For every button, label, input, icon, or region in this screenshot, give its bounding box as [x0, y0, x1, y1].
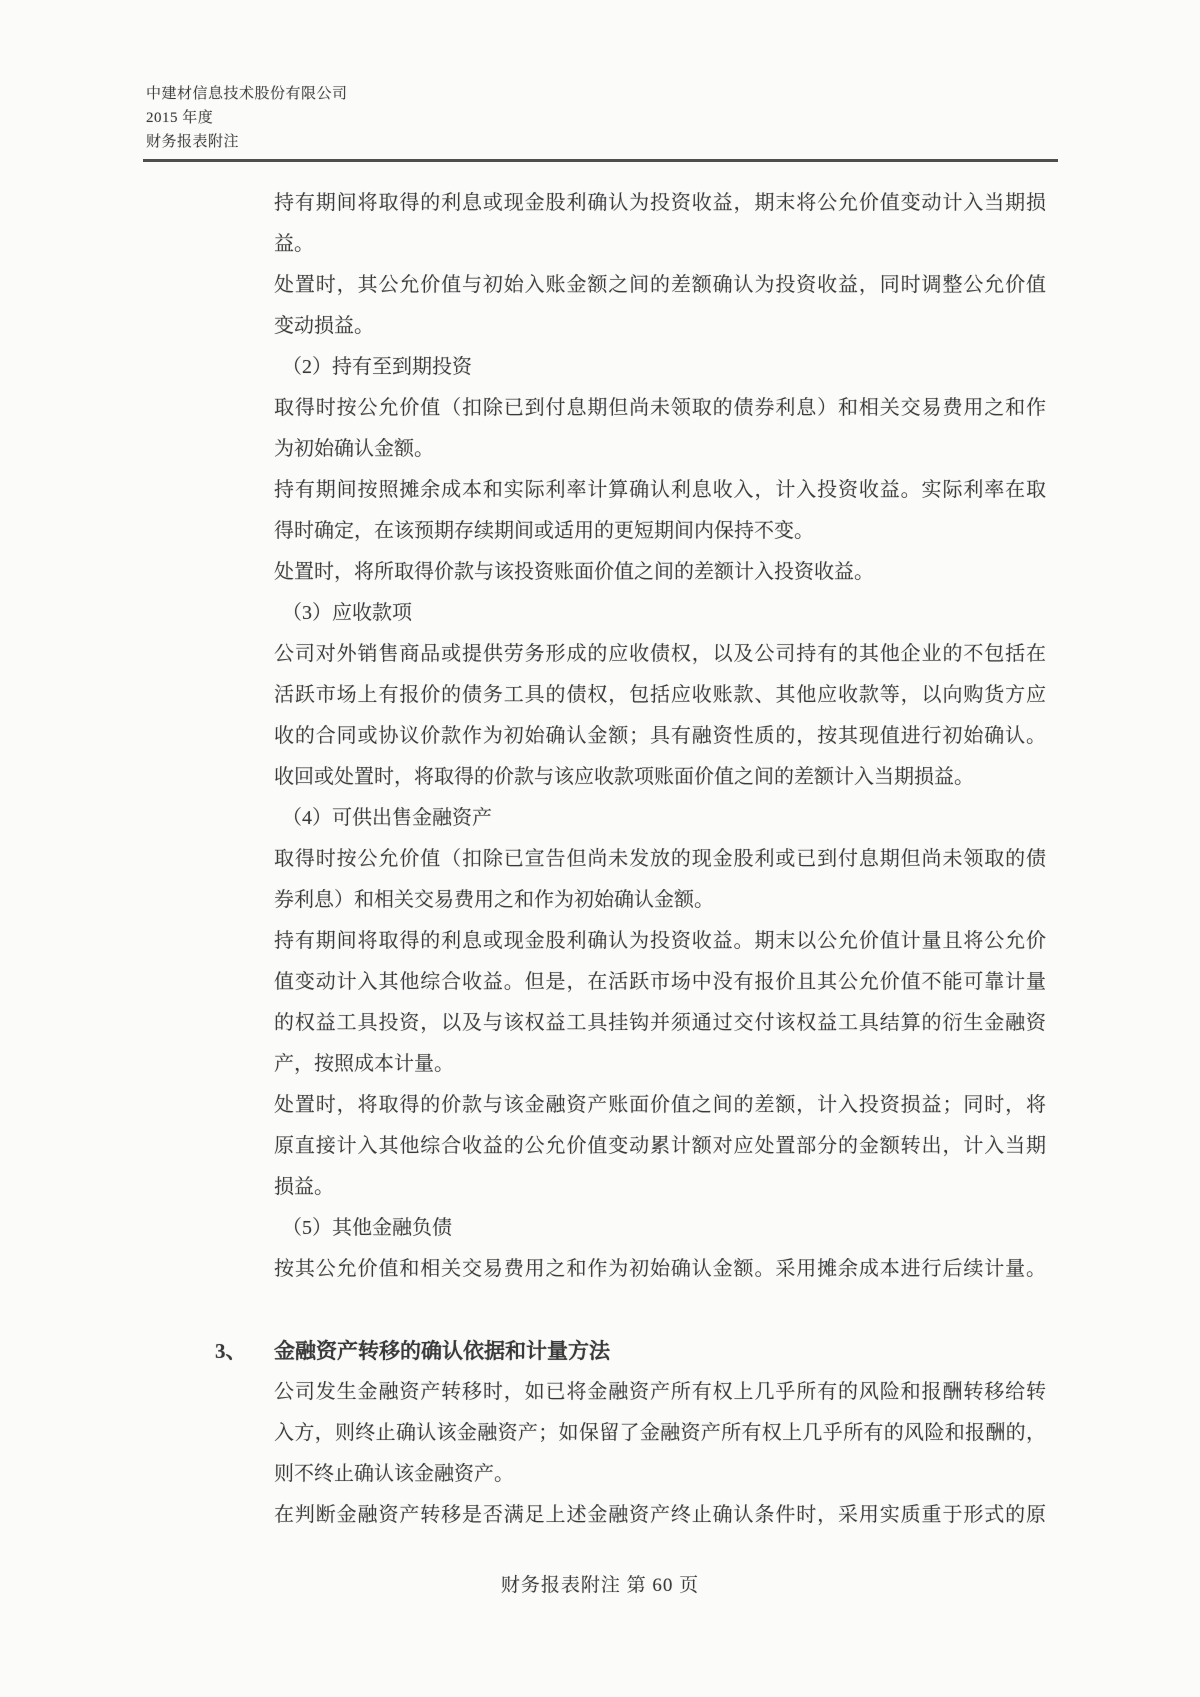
- text-line: 变动损益。: [274, 306, 1046, 347]
- header-company-name: 中建材信息技术股份有限公司: [146, 82, 348, 106]
- header-doc-title: 财务报表附注: [146, 130, 348, 154]
- text-line: 原直接计入其他综合收益的公允价值变动累计额对应处置部分的金额转出，计入当期: [274, 1126, 1046, 1167]
- text-line: 的权益工具投资，以及与该权益工具挂钩并须通过交付该权益工具结算的衍生金融资: [274, 1003, 1046, 1044]
- section-number: 3、: [215, 1331, 247, 1372]
- text-line: 得时确定，在该预期存续期间或适用的更短期间内保持不变。: [274, 511, 1046, 552]
- page-footer: 财务报表附注 第 60 页: [0, 1570, 1200, 1597]
- list-item-line: （2）持有至到期投资: [274, 347, 1046, 388]
- page-header: 中建材信息技术股份有限公司 2015 年度 财务报表附注: [146, 82, 348, 154]
- text-line: 值变动计入其他综合收益。但是，在活跃市场中没有报价且其公允价值不能可靠计量: [274, 962, 1046, 1003]
- text-line: 入方，则终止确认该金融资产；如保留了金融资产所有权上几乎所有的风险和报酬的，: [274, 1413, 1046, 1454]
- text-line: 收的合同或协议价款作为初始确认金额；具有融资性质的，按其现值进行初始确认。: [274, 716, 1046, 757]
- list-item-line: （4）可供出售金融资产: [274, 798, 1046, 839]
- list-item-line: （5）其他金融负债: [274, 1208, 1046, 1249]
- text-line: 则不终止确认该金融资产。: [274, 1454, 1046, 1495]
- text-line: 处置时，将所取得价款与该投资账面价值之间的差额计入投资收益。: [274, 552, 1046, 593]
- text-line: 在判断金融资产转移是否满足上述金融资产终止确认条件时，采用实质重于形式的原: [274, 1495, 1046, 1536]
- text-line: 产，按照成本计量。: [274, 1044, 1046, 1085]
- text-line: 持有期间按照摊余成本和实际利率计算确认利息收入，计入投资收益。实际利率在取: [274, 470, 1046, 511]
- text-line: 持有期间将取得的利息或现金股利确认为投资收益。期末以公允价值计量且将公允价: [274, 921, 1046, 962]
- footer-page-label: 财务报表附注 第 60 页: [501, 1575, 699, 1596]
- text-line: 益。: [274, 224, 1046, 265]
- text-line: 收回或处置时，将取得的价款与该应收款项账面价值之间的差额计入当期损益。: [274, 757, 1046, 798]
- text-line: 为初始确认金额。: [274, 429, 1046, 470]
- text-line: 取得时按公允价值（扣除已宣告但尚未发放的现金股利或已到付息期但尚未领取的债: [274, 839, 1046, 880]
- text-line: 处置时，其公允价值与初始入账金额之间的差额确认为投资收益，同时调整公允价值: [274, 265, 1046, 306]
- text-line: 持有期间将取得的利息或现金股利确认为投资收益，期末将公允价值变动计入当期损: [274, 183, 1046, 224]
- section-heading-row: 3、金融资产转移的确认依据和计量方法: [274, 1331, 1046, 1372]
- header-divider-rule: [143, 159, 1058, 162]
- body-lines: 持有期间将取得的利息或现金股利确认为投资收益，期末将公允价值变动计入当期损益。处…: [274, 183, 1046, 1536]
- text-line: 券利息）和相关交易费用之和作为初始确认金额。: [274, 880, 1046, 921]
- header-period: 2015 年度: [146, 106, 348, 130]
- document-page: 中建材信息技术股份有限公司 2015 年度 财务报表附注 持有期间将取得的利息或…: [0, 0, 1200, 1697]
- text-line: 按其公允价值和相关交易费用之和作为初始确认金额。采用摊余成本进行后续计量。: [274, 1249, 1046, 1290]
- text-line: 公司对外销售商品或提供劳务形成的应收债权，以及公司持有的其他企业的不包括在: [274, 634, 1046, 675]
- text-line: 取得时按公允价值（扣除已到付息期但尚未领取的债券利息）和相关交易费用之和作: [274, 388, 1046, 429]
- list-item-line: （3）应收款项: [274, 593, 1046, 634]
- text-line: 公司发生金融资产转移时，如已将金融资产所有权上几乎所有的风险和报酬转移给转: [274, 1372, 1046, 1413]
- section-heading: 金融资产转移的确认依据和计量方法: [274, 1339, 610, 1363]
- text-line: 活跃市场上有报价的债务工具的债权，包括应收账款、其他应收款等，以向购货方应: [274, 675, 1046, 716]
- text-line: 处置时，将取得的价款与该金融资产账面价值之间的差额，计入投资损益；同时，将: [274, 1085, 1046, 1126]
- text-line: 损益。: [274, 1167, 1046, 1208]
- line-gap: [274, 1290, 1046, 1331]
